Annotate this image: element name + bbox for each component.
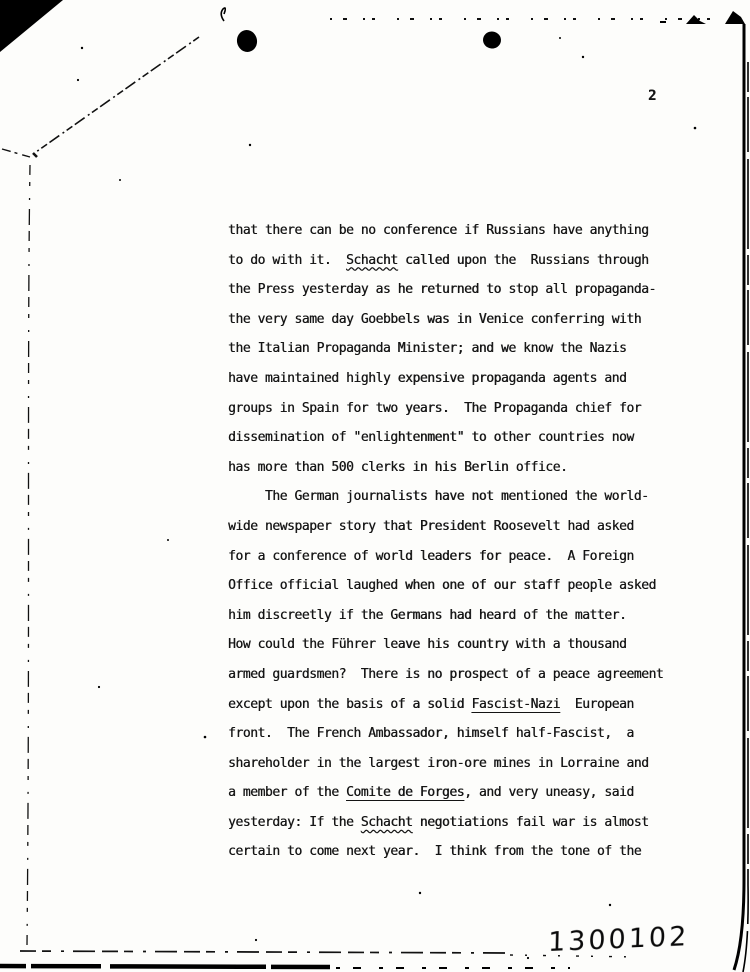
fold-crease-line xyxy=(2,37,199,157)
text-line: dissemination of "enlightenment" to othe… xyxy=(228,423,663,453)
right-edge-line xyxy=(734,24,748,972)
text-line: the Italian Propaganda Minister; and we … xyxy=(228,334,663,364)
text-line: has more than 500 clerks in his Berlin o… xyxy=(228,453,663,483)
text-line: armed guardsmen? There is no prospect of… xyxy=(228,660,663,690)
hole-punch-left xyxy=(235,28,259,54)
text-line: for a conference of world leaders for pe… xyxy=(228,542,663,572)
text-line: him discreetly if the Germans had heard … xyxy=(228,601,663,631)
top-edge-dotted-line xyxy=(330,11,745,24)
text-line: groups in Spain for two years. The Propa… xyxy=(228,394,663,424)
text-line: front. The French Ambassador, himself ha… xyxy=(228,719,663,749)
text-line: the very same day Goebbels was in Venice… xyxy=(228,305,663,335)
text-line: the Press yesterday as he returned to st… xyxy=(228,275,663,305)
text-line: a member of the Comite de Forges, and ve… xyxy=(228,778,663,808)
page-number: 2 xyxy=(648,88,656,104)
text-line: The German journalists have not mentione… xyxy=(228,482,663,512)
text-line: except upon the basis of a solid Fascist… xyxy=(228,690,663,720)
typewritten-text: that there can be no conference if Russi… xyxy=(228,216,663,867)
text-line: to do with it. Schacht called upon the R… xyxy=(228,246,663,276)
hole-punch-right xyxy=(482,30,502,49)
pen-hook-mark xyxy=(221,8,225,21)
text-line: wide newspaper story that President Roos… xyxy=(228,512,663,542)
text-line: Office official laughed when one of our … xyxy=(228,571,663,601)
scanned-document-page: 2 that there can be no conference if Rus… xyxy=(0,0,750,972)
left-edge-line xyxy=(27,165,30,945)
text-line: How could the Führer leave his country w… xyxy=(228,630,663,660)
bottom-edge-bar xyxy=(0,966,570,968)
text-line: shareholder in the largest iron-ore mine… xyxy=(228,749,663,779)
corner-fold-triangle xyxy=(0,0,63,52)
text-line: certain to come next year. I think from … xyxy=(228,837,663,867)
text-line: have maintained highly expensive propaga… xyxy=(228,364,663,394)
text-line: that there can be no conference if Russi… xyxy=(228,216,663,246)
text-line: yesterday: If the Schacht negotiations f… xyxy=(228,808,663,838)
handwritten-number: 1300102 xyxy=(548,921,690,958)
